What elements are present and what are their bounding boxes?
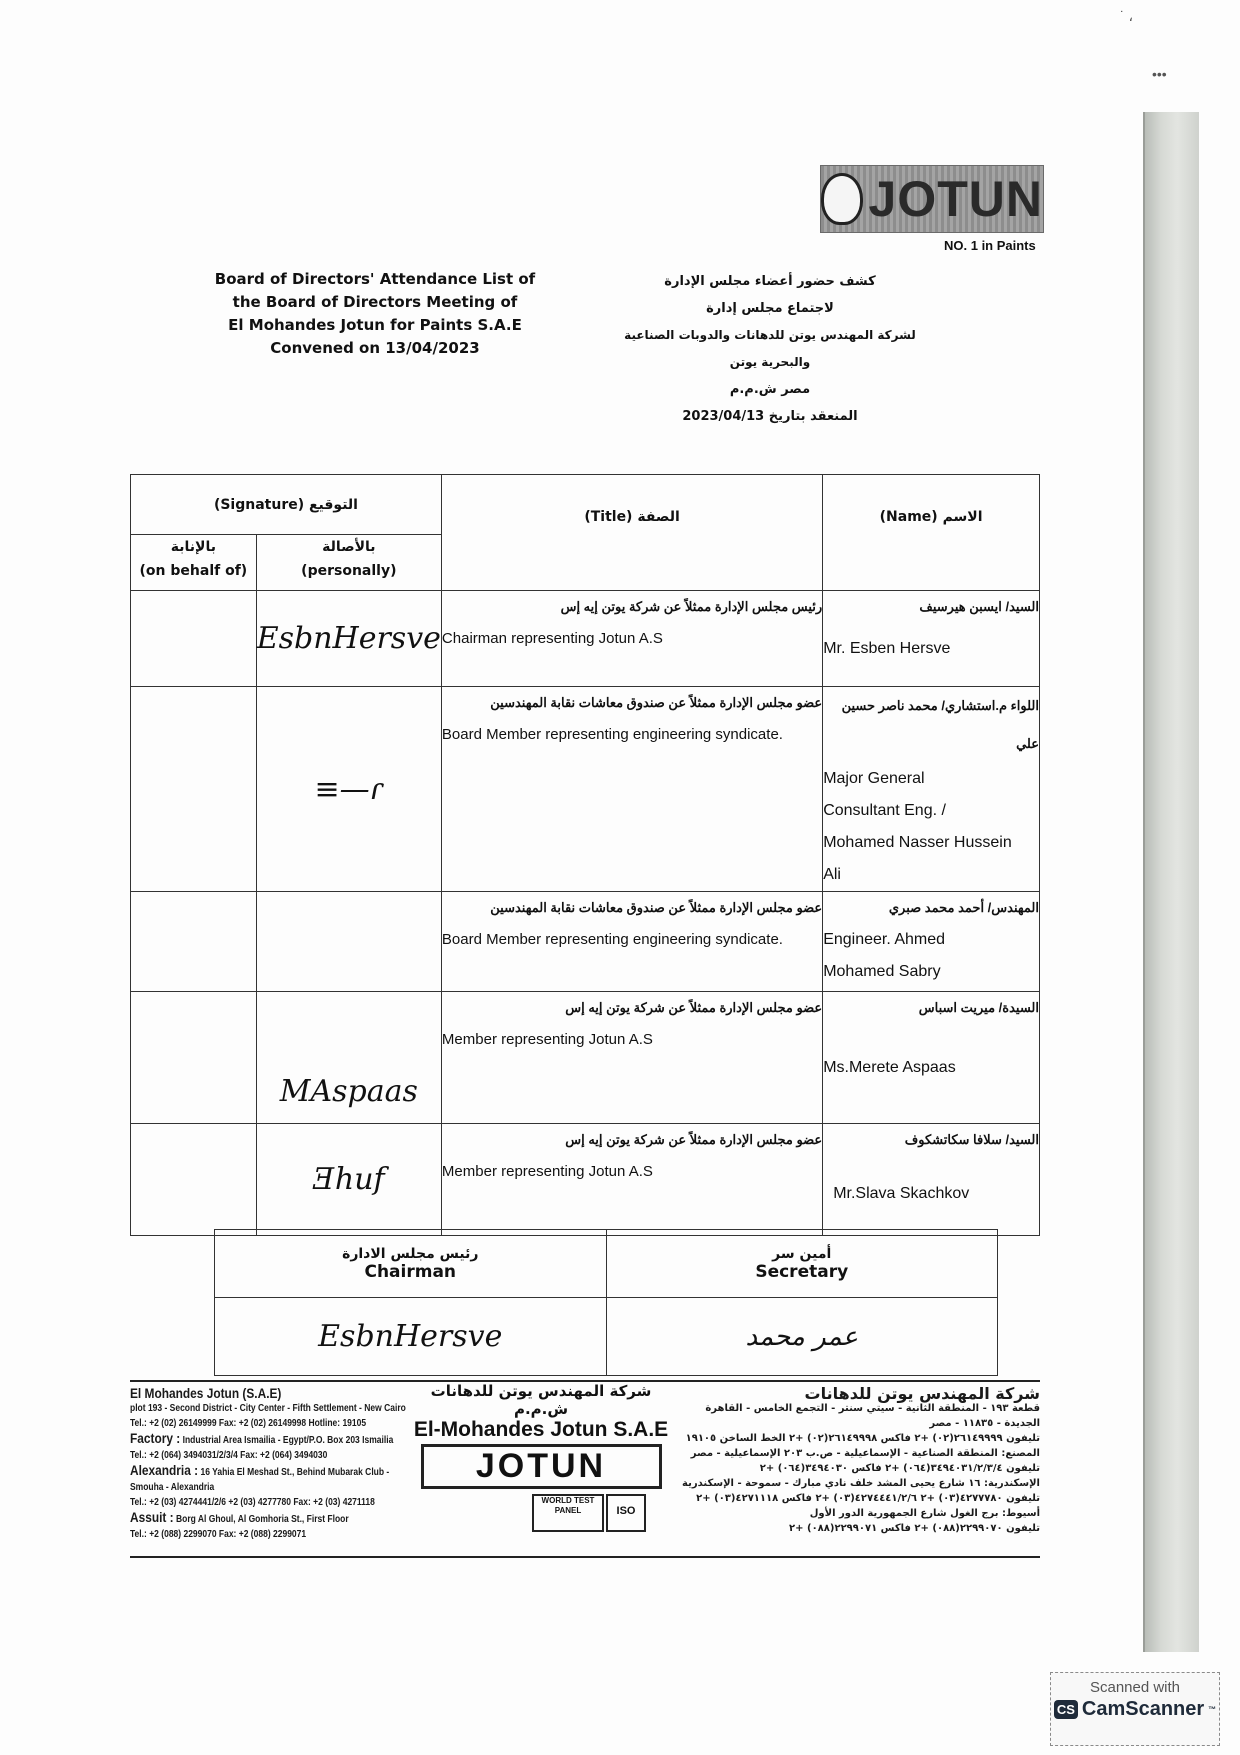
footer-label: Factory : xyxy=(130,1430,180,1446)
company-stamp: شركة المهندس يوتن للدهانات ش.م.م El-Moha… xyxy=(405,1382,677,1482)
stamp-arabic: شركة المهندس يوتن للدهانات ش.م.م xyxy=(405,1382,677,1418)
footer-line: تليفون ٢٦١٤٩٩٩٩(٠٢) +٢ فاكس ٢٦١٤٩٩٩٨(٠٢)… xyxy=(680,1431,1040,1446)
chairman-header: رئيس مجلس الادارة Chairman xyxy=(215,1230,607,1298)
title-ar: عضو مجلس الإدارة ممثلاً عن صندوق معاشات … xyxy=(442,687,822,719)
title-cell: عضو مجلس الإدارة ممثلاً عن صندوق معاشات … xyxy=(441,892,822,992)
scan-speck: ˙ ، xyxy=(1120,8,1133,25)
scanned-page: ˙ ، ••• JOTUN NO. 1 in Paints Board of D… xyxy=(0,0,1240,1755)
footer-line: المصنع: المنطقة الصناعية - الإسماعيلية -… xyxy=(680,1446,1040,1461)
title-en: Board Member representing engineering sy… xyxy=(442,924,822,956)
personal-signature-cell: ≡—ɾ xyxy=(256,687,441,892)
on-behalf-cell xyxy=(131,1124,257,1236)
table-row: ≡—ɾ عضو مجلس الإدارة ممثلاً عن صندوق معا… xyxy=(131,687,1040,892)
title-cell: عضو مجلس الإدارة ممثلاً عن صندوق معاشات … xyxy=(441,687,822,892)
header-on-behalf: بالإنابة (on behalf of) xyxy=(131,535,257,591)
title-ar: رئيس مجلس الإدارة ممثلاً عن شركة يوتن إي… xyxy=(442,591,822,623)
camscanner-logo-icon: CS xyxy=(1054,1700,1078,1719)
name-cell: المهندس/ أحمد محمد صبري Engineer. Ahmed … xyxy=(823,892,1040,992)
on-behalf-cell xyxy=(131,591,257,687)
signature: ≡—ɾ xyxy=(314,772,383,807)
name-en: Mr. Esben Hersve xyxy=(823,633,1039,665)
name-ar: السيد/ ايسبن هيرسيف xyxy=(823,591,1039,623)
title-cell: عضو مجلس الإدارة ممثلاً عن شركة يوتن إيه… xyxy=(441,1124,822,1236)
heading-line: لشركة المهندس يوتن للدهانات والدوبات الص… xyxy=(610,322,930,376)
personal-signature-cell: MAspaas xyxy=(256,992,441,1124)
heading-line: لاجتماع مجلس إدارة xyxy=(610,295,930,322)
table-row: MAspaas عضو مجلس الإدارة ممثلاً عن شركة … xyxy=(131,992,1040,1124)
chairman-label-en: Chairman xyxy=(216,1262,605,1282)
chairman-label-ar: رئيس مجلس الادارة xyxy=(216,1246,605,1262)
footer-label: Assuit : xyxy=(130,1509,174,1525)
header-personally-en: (personally) xyxy=(257,559,441,583)
title-cell: عضو مجلس الإدارة ممثلاً عن شركة يوتن إيه… xyxy=(441,992,822,1124)
title-en: Member representing Jotun A.S xyxy=(442,1024,822,1056)
heading-date: Convened on 13/04/2023 xyxy=(210,337,540,360)
name-cell: اللواء م.استشاري/ محمد ناصر حسين علي Maj… xyxy=(823,687,1040,892)
footer-address: Industrial Area Ismailia - Egypt/P.O. Bo… xyxy=(183,1435,394,1446)
name-en: Major General xyxy=(823,763,1039,795)
signature: Ǝhuf xyxy=(313,1162,385,1197)
table-row: EsbnHersve رئيس مجلس الإدارة ممثلاً عن ش… xyxy=(131,591,1040,687)
footer-line: تليفون ٤٢٧٧٧٨٠(٠٣) +٢ ٤٢٧٤٤٤١/٢/٦(٠٣) +٢… xyxy=(680,1491,1040,1506)
name-en: Mohamed Nasser Hussein xyxy=(823,827,1039,859)
approval-signatures-table: رئيس مجلس الادارة Chairman أمين سر Secre… xyxy=(214,1229,998,1376)
name-ar: السيدة/ ميريت اسباس xyxy=(823,992,1039,1024)
watermark-brand: CS CamScanner ™ xyxy=(1051,1698,1219,1721)
title-cell: رئيس مجلس الإدارة ممثلاً عن شركة يوتن إي… xyxy=(441,591,822,687)
name-en: Mohamed Sabry xyxy=(823,956,1039,988)
camscanner-watermark: Scanned with CS CamScanner ™ xyxy=(1050,1672,1220,1746)
heading-line: El Mohandes Jotun for Paints S.A.E xyxy=(210,314,540,337)
jotun-logo: JOTUN xyxy=(820,165,1044,233)
scan-speck: ••• xyxy=(1152,66,1167,82)
footer-bottom-rule xyxy=(130,1556,1040,1558)
name-cell: السيد/ سلافا سكاتشكوف Mr.Slava Skachkov xyxy=(823,1124,1040,1236)
name-en: Mr.Slava Skachkov xyxy=(823,1178,1039,1210)
logo-tagline: NO. 1 in Paints xyxy=(944,238,1036,253)
on-behalf-cell xyxy=(131,992,257,1124)
name-ar: اللواء م.استشاري/ محمد ناصر حسين علي xyxy=(823,687,1039,763)
secretary-signature-cell: عمر محمد xyxy=(606,1298,998,1376)
name-cell: السيدة/ ميريت اسباس Ms.Merete Aspaas xyxy=(823,992,1040,1124)
secretary-signature: عمر محمد xyxy=(745,1322,858,1352)
header-on-behalf-ar: بالإنابة xyxy=(131,535,256,559)
title-en: Chairman representing Jotun A.S xyxy=(442,623,822,655)
chairman-signature-cell: EsbnHersve xyxy=(215,1298,607,1376)
name-ar: السيد/ سلافا سكاتشكوف xyxy=(823,1124,1039,1156)
title-en: Member representing Jotun A.S xyxy=(442,1156,822,1188)
watermark-caption: Scanned with xyxy=(1051,1679,1219,1696)
secretary-header: أمين سر Secretary xyxy=(606,1230,998,1298)
name-cell: السيد/ ايسبن هيرسيف Mr. Esben Hersve xyxy=(823,591,1040,687)
heading-english: Board of Directors' Attendance List of t… xyxy=(210,268,540,360)
title-ar: عضو مجلس الإدارة ممثلاً عن شركة يوتن إيه… xyxy=(442,1124,822,1156)
logo-wordmark: JOTUN xyxy=(869,170,1043,228)
certification-badge: ISO xyxy=(606,1494,646,1532)
name-en: Ms.Merete Aspaas xyxy=(823,1052,1039,1084)
trademark-symbol: ™ xyxy=(1208,1705,1216,1714)
secretary-label-en: Secretary xyxy=(608,1262,997,1282)
heading-line: Board of Directors' Attendance List of xyxy=(210,268,540,291)
footer-company-ar: شركة المهندس يوتن للدهانات xyxy=(680,1386,1040,1401)
heading-line: مصر ش.م.م xyxy=(610,376,930,403)
footer-english-address: El Mohandes Jotun (S.A.E) plot 193 - Sec… xyxy=(130,1386,411,1542)
footer-phone: Tel.: +2 (03) 4274441/2/6 +2 (03) 427778… xyxy=(130,1495,411,1510)
footer-phone: Tel.: +2 (064) 3494031/2/3/4 Fax: +2 (06… xyxy=(130,1448,411,1463)
footer-company-en: El Mohandes Jotun (S.A.E) xyxy=(130,1386,411,1401)
footer-line: تليفون ٣٤٩٤٠٣١/٢/٣/٤(٠٦٤) +٢ فاكس ٣٤٩٤٠٣… xyxy=(680,1461,1040,1476)
header-personally: بالأصالة (personally) xyxy=(256,535,441,591)
name-en: Engineer. Ahmed xyxy=(823,924,1039,956)
footer-arabic-address: شركة المهندس يوتن للدهانات قطعة ١٩٣ - ال… xyxy=(680,1386,1040,1536)
title-ar: عضو مجلس الإدارة ممثلاً عن صندوق معاشات … xyxy=(442,892,822,924)
heading-line: the Board of Directors Meeting of xyxy=(210,291,540,314)
signature: EsbnHersve xyxy=(257,621,441,656)
table-row: عضو مجلس الإدارة ممثلاً عن صندوق معاشات … xyxy=(131,892,1040,992)
footer-line: الإسكندرية: ١٦ شارع يحيى المشد خلف نادي … xyxy=(680,1476,1040,1491)
footer-line: قطعة ١٩٣ - المنطقة الثانية - سيتي سنتر -… xyxy=(680,1401,1040,1431)
secretary-label-ar: أمين سر xyxy=(608,1246,997,1262)
certification-badge: WORLD TEST PANEL xyxy=(532,1494,604,1532)
footer-line: أسيوط: برج الغول شارع الجمهورية الدور ال… xyxy=(680,1506,1040,1521)
title-en: Board Member representing engineering sy… xyxy=(442,719,822,751)
page-edge-shadow xyxy=(1143,112,1199,1652)
footer-line: تليفون ٢٢٩٩٠٧٠(٠٨٨) +٢ فاكس ٢٢٩٩٠٧١(٠٨٨)… xyxy=(680,1521,1040,1536)
personal-signature-cell: Ǝhuf xyxy=(256,1124,441,1236)
heading-date: المنعقد بتاريخ 2023/04/13 xyxy=(610,403,930,430)
on-behalf-cell xyxy=(131,687,257,892)
footer-address: Borg Al Ghoul, Al Gomhoria St., First Fl… xyxy=(176,1514,349,1525)
attendance-table: (Signature) التوقيع (Title) الصفة (Name)… xyxy=(130,474,1040,1236)
footer-phone: Tel.: +2 (088) 2299070 Fax: +2 (088) 229… xyxy=(130,1527,411,1542)
header-signature: (Signature) التوقيع xyxy=(131,475,442,535)
footer-address: plot 193 - Second District - City Center… xyxy=(130,1401,411,1416)
jotun-whale-icon xyxy=(821,173,863,225)
signature: MAspaas xyxy=(280,1074,418,1109)
title-ar: عضو مجلس الإدارة ممثلاً عن شركة يوتن إيه… xyxy=(442,992,822,1024)
footer-label: Alexandria : xyxy=(130,1462,198,1478)
name-en: Ali xyxy=(823,859,1039,891)
personal-signature-cell xyxy=(256,892,441,992)
watermark-brand-name: CamScanner xyxy=(1082,1698,1204,1721)
header-on-behalf-en: (on behalf of) xyxy=(131,559,256,583)
stamp-wordmark: JOTUN xyxy=(421,1444,662,1489)
footer-phone: Tel.: +2 (02) 26149999 Fax: +2 (02) 2614… xyxy=(130,1416,411,1431)
table-row: Ǝhuf عضو مجلس الإدارة ممثلاً عن شركة يوت… xyxy=(131,1124,1040,1236)
on-behalf-cell xyxy=(131,892,257,992)
heading-line: كشف حضور أعضاء مجلس الإدارة xyxy=(610,268,930,295)
header-name: (Name) الاسم xyxy=(823,475,1040,591)
name-ar: المهندس/ أحمد محمد صبري xyxy=(823,892,1039,924)
header-personally-ar: بالأصالة xyxy=(257,535,441,559)
personal-signature-cell: EsbnHersve xyxy=(256,591,441,687)
header-title: (Title) الصفة xyxy=(441,475,822,591)
heading-arabic: كشف حضور أعضاء مجلس الإدارة لاجتماع مجلس… xyxy=(610,268,930,430)
stamp-english: El-Mohandes Jotun S.A.E xyxy=(405,1418,677,1442)
name-en: Consultant Eng. / xyxy=(823,795,1039,827)
chairman-signature: EsbnHersve xyxy=(318,1319,502,1354)
